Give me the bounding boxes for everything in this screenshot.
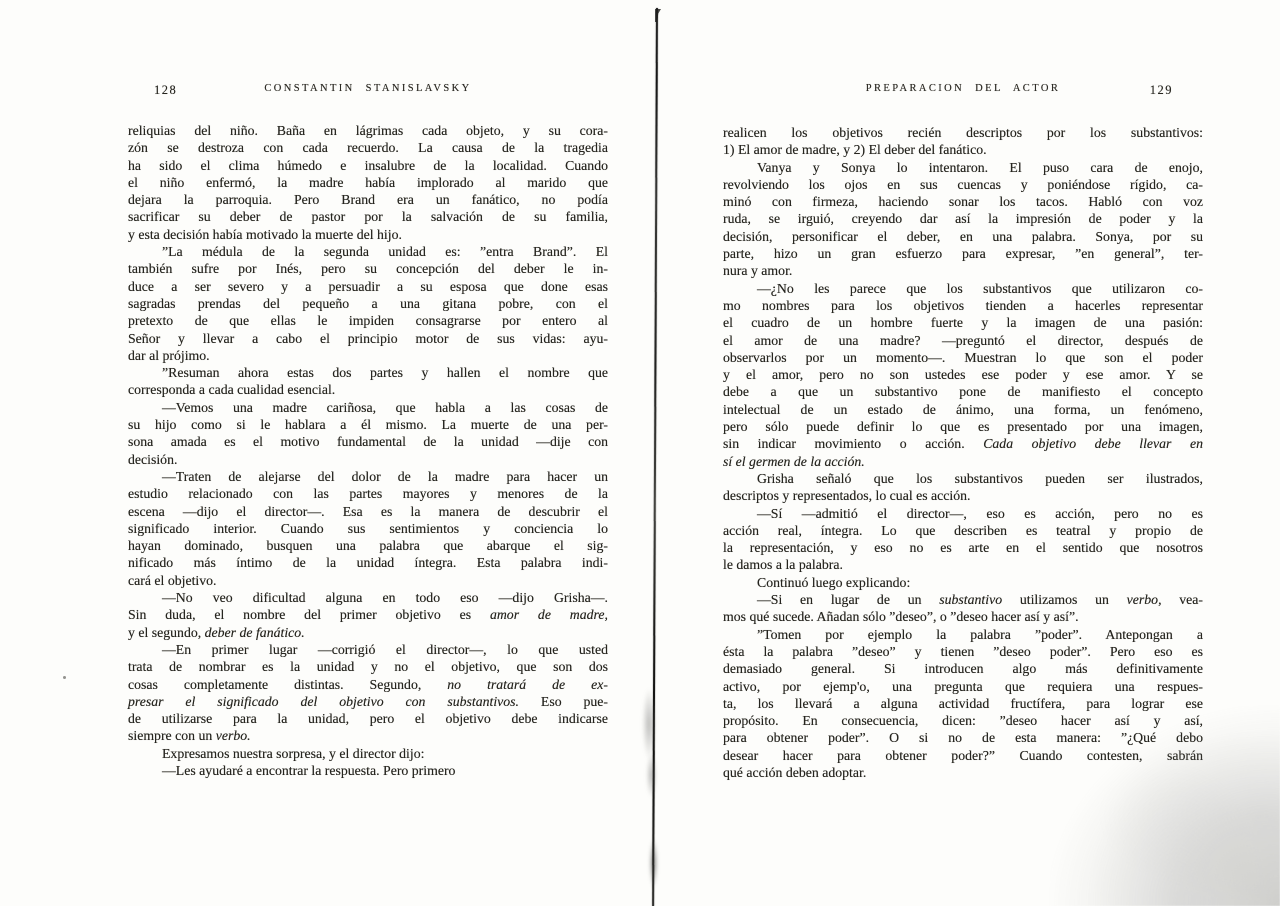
- text-line: descriptos y representados, lo cual es a…: [723, 487, 1203, 504]
- scan-stray-dot: [63, 676, 66, 679]
- text-line: dejara la parroquia. Pero Brand era un f…: [128, 191, 608, 208]
- text-line: sona amada es el motivo fundamental de l…: [128, 433, 608, 450]
- text-line: Grisha señaló que los substantivos puede…: [723, 470, 1203, 487]
- text-line: dar al prójimo.: [128, 347, 608, 364]
- text-line: sagradas prendas del pequeño a una gitan…: [128, 295, 608, 312]
- text-line: y el amor, pero no son ustedes ese poder…: [723, 366, 1203, 383]
- page-number-129: 129: [1150, 83, 1173, 98]
- text-line: mo nombres para los objetivos tienden a …: [723, 297, 1203, 314]
- text-line: sin indicar movimiento o acción. Cada ob…: [723, 435, 1203, 452]
- text-line: duce a ser severo y a persuadir a su esp…: [128, 278, 608, 295]
- text-line: presar el significado del objetivo con s…: [128, 693, 608, 710]
- text-line: corresponda a cada cualidad esencial.: [128, 381, 608, 398]
- text-line: acción real, íntegra. Lo que describen e…: [723, 522, 1203, 539]
- text-line: demasiado general. Si introducen algo má…: [723, 660, 1203, 677]
- text-line: decisión, personificar el deber, en una …: [723, 228, 1203, 245]
- text-line: el niño enfermó, la madre había implorad…: [128, 174, 608, 191]
- text-line: también sufre por Inés, pero su concepci…: [128, 260, 608, 277]
- text-line: decisión.: [128, 451, 608, 468]
- text-line: parte, hizo un gran esfuerzo para expres…: [723, 245, 1203, 262]
- spine-smudge: [642, 688, 656, 760]
- text-line: —En primer lugar —corrigió el director—,…: [128, 641, 608, 658]
- page-text-129: realicen los objetivos recién descriptos…: [723, 124, 1203, 781]
- text-line: el amor de una madre? —preguntó el direc…: [723, 332, 1203, 349]
- running-header-right: PREPARACION DEL ACTOR 129: [723, 83, 1203, 99]
- text-line: ha sido el clima húmedo e insalubre de l…: [128, 157, 608, 174]
- text-line: minó con firmeza, haciendo sonar los tac…: [723, 193, 1203, 210]
- text-line: nura y amor.: [723, 262, 1203, 279]
- text-line: sacrificar su deber de pastor por la sal…: [128, 208, 608, 225]
- text-line: —Les ayudaré a encontrar la respuesta. P…: [128, 762, 608, 779]
- text-line: —Vemos una madre cariñosa, que habla a l…: [128, 399, 608, 416]
- text-line: su hijo como si le hablara a él mismo. L…: [128, 416, 608, 433]
- text-line: estudio relacionado con las partes mayor…: [128, 485, 608, 502]
- scan-noise-corner: [1050, 706, 1280, 906]
- text-line: cará el objetivo.: [128, 572, 608, 589]
- text-line: reliquias del niño. Baña en lágrimas cad…: [128, 122, 608, 139]
- text-line: cosas completamente distintas. Segundo, …: [128, 676, 608, 693]
- text-line: siempre con un verbo.: [128, 727, 608, 744]
- text-line: mos qué sucede. Añadan sólo ”deseo”, o ”…: [723, 608, 1203, 625]
- text-line: Expresamos nuestra sorpresa, y el direct…: [128, 745, 608, 762]
- text-line: pero sólo puede definir lo que es presen…: [723, 418, 1203, 435]
- text-line: ésta la palabra ”deseo” y tienen ”deseo …: [723, 643, 1203, 660]
- text-line: —Sí —admitió el director—, eso es acción…: [723, 505, 1203, 522]
- text-line: ”Tomen por ejemplo la palabra ”poder”. A…: [723, 626, 1203, 643]
- text-line: ”Resuman ahora estas dos partes y hallen…: [128, 364, 608, 381]
- page-text-128: reliquias del niño. Baña en lágrimas cad…: [128, 122, 608, 779]
- text-line: observarlos por un momento—. Muestran lo…: [723, 349, 1203, 366]
- text-line: la representación, y eso no es arte en e…: [723, 539, 1203, 556]
- text-line: 1) El amor de madre, y 2) El deber del f…: [723, 141, 1203, 158]
- text-line: Señor y llevar a cabo el principio motor…: [128, 330, 608, 347]
- text-line: ruda, se irguió, creyendo dar así la imp…: [723, 210, 1203, 227]
- text-line: Sin duda, el nombre del primer objetivo …: [128, 606, 608, 623]
- text-line: trata de nombrar es la unidad y no el ob…: [128, 658, 608, 675]
- page-128: 128 CONSTANTIN STANISLAVSKY reliquias de…: [128, 0, 608, 906]
- spine-top-mark: [655, 9, 661, 22]
- spine-smudge: [646, 752, 657, 798]
- text-line: realicen los objetivos recién descriptos…: [723, 124, 1203, 141]
- text-line: Vanya y Sonya lo intentaron. El puso car…: [723, 159, 1203, 176]
- running-title-author: CONSTANTIN STANISLAVSKY: [128, 83, 608, 94]
- text-line: Continuó luego explicando:: [723, 574, 1203, 591]
- text-line: zón se destroza con cada recuerdo. La ca…: [128, 139, 608, 156]
- text-line: el cuadro de un hombre fuerte y la image…: [723, 314, 1203, 331]
- text-line: —No veo dificultad alguna en todo eso —d…: [128, 589, 608, 606]
- text-line: pretexto de que ellas le impiden consagr…: [128, 312, 608, 329]
- text-line: escena —dijo el director—. Esa es la man…: [128, 503, 608, 520]
- book-scan-spread: 128 CONSTANTIN STANISLAVSKY reliquias de…: [0, 0, 1280, 906]
- text-line: —Si en lugar de un substantivo utilizamo…: [723, 591, 1203, 608]
- text-line: y esta decisión había motivado la muerte…: [128, 226, 608, 243]
- text-line: significado interior. Cuando sus sentimi…: [128, 520, 608, 537]
- text-line: revolviendo los ojos en sus cuencas y po…: [723, 176, 1203, 193]
- text-line: de utilizarse para la unidad, pero el ob…: [128, 710, 608, 727]
- running-header-left: 128 CONSTANTIN STANISLAVSKY: [128, 83, 608, 99]
- text-line: —¿No les parece que los substantivos que…: [723, 280, 1203, 297]
- text-line: hayan dominado, busquen una palabra que …: [128, 537, 608, 554]
- running-title-book: PREPARACION DEL ACTOR: [723, 83, 1203, 94]
- text-line: le damos a la palabra.: [723, 556, 1203, 573]
- spine-smudge: [649, 838, 658, 888]
- text-line: intelectual de un estado de ánimo, una f…: [723, 401, 1203, 418]
- text-line: activo, por ejemp'o, una pregunta que re…: [723, 678, 1203, 695]
- text-line: y el segundo, deber de fanático.: [128, 624, 608, 641]
- text-line: —Traten de alejarse del dolor de la madr…: [128, 468, 608, 485]
- text-line: debe a que un substantivo pone de manifi…: [723, 383, 1203, 400]
- text-line: sí el germen de la acción.: [723, 453, 1203, 470]
- text-line: ”La médula de la segunda unidad es: ”ent…: [128, 243, 608, 260]
- text-line: nificado más íntimo de la unidad íntegra…: [128, 554, 608, 571]
